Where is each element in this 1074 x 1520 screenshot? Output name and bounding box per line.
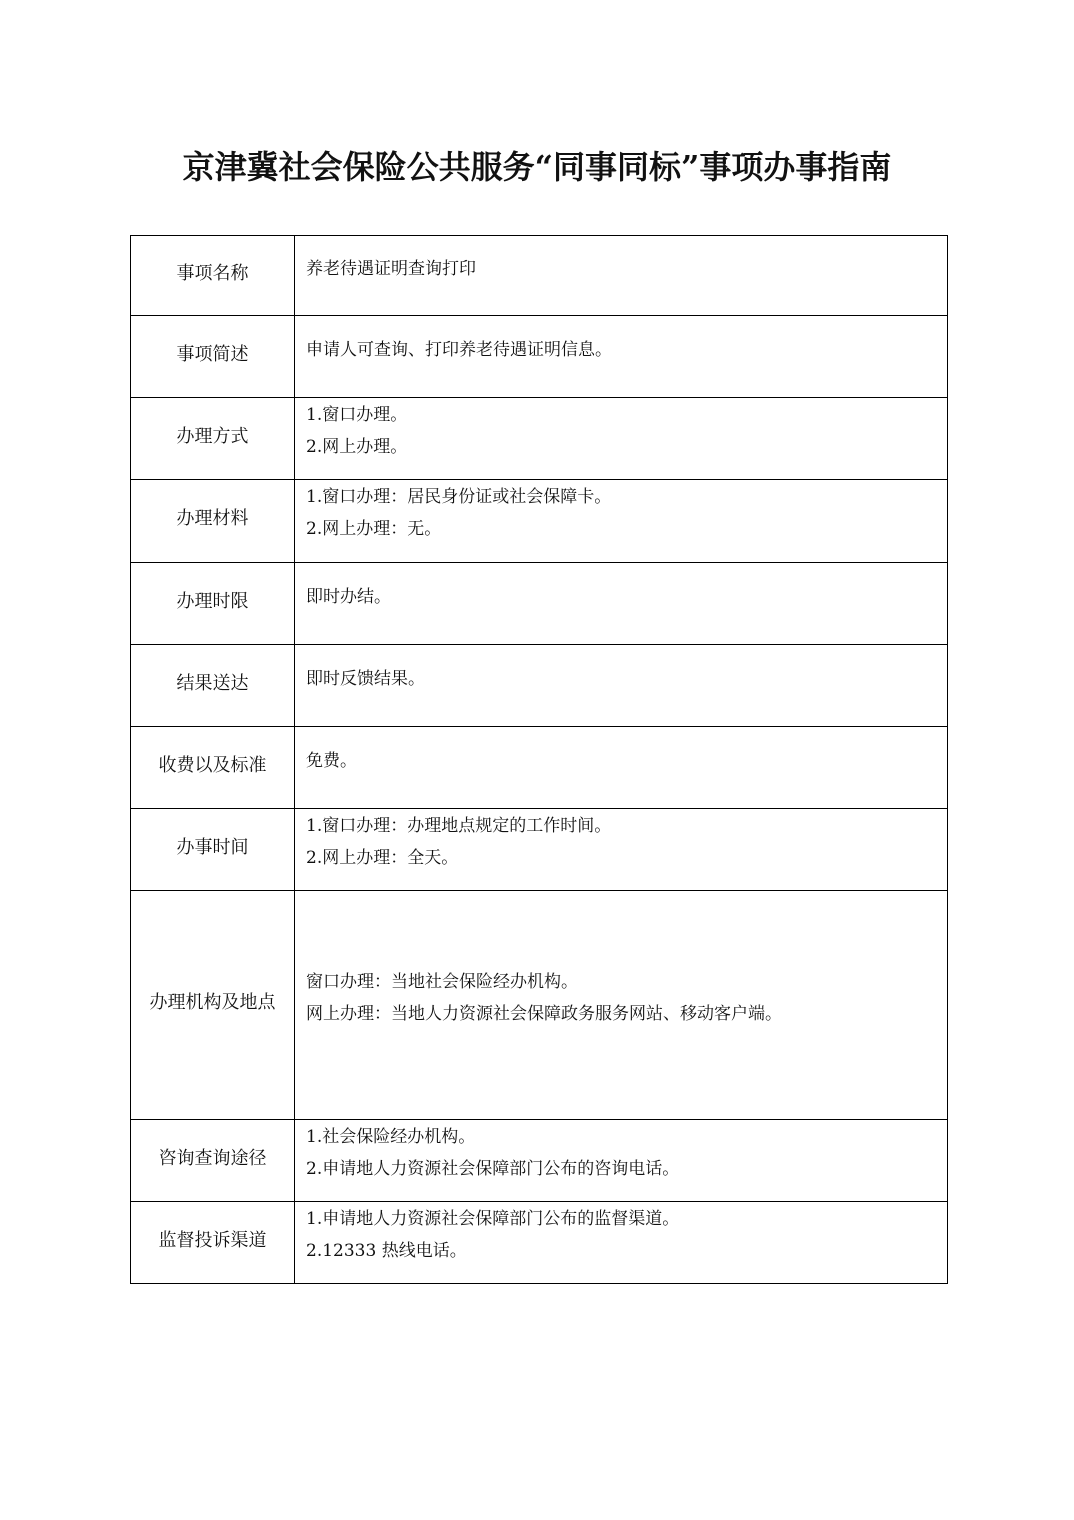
row-label: 收费以及标准	[131, 727, 295, 809]
row-value: 1.申请地人力资源社会保障部门公布的监督渠道。 2.12333 热线电话。	[295, 1202, 948, 1284]
row-label-text: 办事时间	[131, 833, 294, 859]
table-row: 办理时限 即时办结。	[131, 563, 948, 645]
value-line: 1.窗口办理：居民身份证或社会保障卡。	[306, 481, 947, 513]
row-label-text: 监督投诉渠道	[131, 1226, 294, 1252]
row-value: 即时办结。	[295, 563, 948, 645]
value-line: 2.申请地人力资源社会保障部门公布的咨询电话。	[306, 1153, 947, 1185]
row-value: 养老待遇证明查询打印	[295, 236, 948, 316]
row-label: 办理时限	[131, 563, 295, 645]
value-line: 1.申请地人力资源社会保障部门公布的监督渠道。	[306, 1203, 947, 1235]
table-row: 咨询查询途径 1.社会保险经办机构。 2.申请地人力资源社会保障部门公布的咨询电…	[131, 1120, 948, 1202]
value-line: 养老待遇证明查询打印	[306, 253, 947, 285]
value-line: 1.社会保险经办机构。	[306, 1121, 947, 1153]
table-row: 事项名称 养老待遇证明查询打印	[131, 236, 948, 316]
table-row: 办事时间 1.窗口办理：办理地点规定的工作时间。 2.网上办理：全天。	[131, 809, 948, 891]
value-line: 2.网上办理：全天。	[306, 842, 947, 874]
table-row: 办理材料 1.窗口办理：居民身份证或社会保障卡。 2.网上办理：无。	[131, 480, 948, 563]
row-label-text: 办理方式	[131, 422, 294, 448]
value-line: 2.12333 热线电话。	[306, 1235, 947, 1267]
table-row: 事项简述 申请人可查询、打印养老待遇证明信息。	[131, 316, 948, 398]
table-row: 收费以及标准 免费。	[131, 727, 948, 809]
row-label: 事项名称	[131, 236, 295, 316]
row-label-text: 办理时限	[131, 587, 294, 613]
row-label-text: 事项简述	[131, 340, 294, 366]
document-title: 京津冀社会保险公共服务“同事同标”事项办事指南	[0, 142, 1074, 188]
row-value: 免费。	[295, 727, 948, 809]
value-line: 窗口办理：当地社会保险经办机构。	[306, 966, 947, 998]
value-line: 即时办结。	[306, 581, 947, 613]
row-value: 申请人可查询、打印养老待遇证明信息。	[295, 316, 948, 398]
guide-table: 事项名称 养老待遇证明查询打印 事项简述 申请人可查询、打印养老待遇证明信息。 …	[130, 235, 948, 1284]
row-label-text: 收费以及标准	[131, 751, 294, 777]
table-row: 结果送达 即时反馈结果。	[131, 645, 948, 727]
value-line: 网上办理：当地人力资源社会保障政务服务网站、移动客户端。	[306, 998, 947, 1030]
table-row: 办理机构及地点 窗口办理：当地社会保险经办机构。 网上办理：当地人力资源社会保障…	[131, 891, 948, 1120]
row-label-text: 结果送达	[131, 669, 294, 695]
row-label: 咨询查询途径	[131, 1120, 295, 1202]
row-label-text: 办理材料	[131, 504, 294, 530]
value-line: 免费。	[306, 745, 947, 777]
table-row: 监督投诉渠道 1.申请地人力资源社会保障部门公布的监督渠道。 2.12333 热…	[131, 1202, 948, 1284]
value-line: 2.网上办理：无。	[306, 513, 947, 545]
row-label-text: 事项名称	[131, 259, 294, 285]
row-value: 即时反馈结果。	[295, 645, 948, 727]
row-label-text: 咨询查询途径	[131, 1144, 294, 1170]
value-line: 即时反馈结果。	[306, 663, 947, 695]
row-value: 窗口办理：当地社会保险经办机构。 网上办理：当地人力资源社会保障政务服务网站、移…	[295, 891, 948, 1120]
row-label: 办理方式	[131, 398, 295, 480]
value-line: 2.网上办理。	[306, 431, 947, 463]
table-row: 办理方式 1.窗口办理。 2.网上办理。	[131, 398, 948, 480]
row-value: 1.窗口办理：居民身份证或社会保障卡。 2.网上办理：无。	[295, 480, 948, 563]
value-line: 申请人可查询、打印养老待遇证明信息。	[306, 334, 947, 366]
row-label: 办理材料	[131, 480, 295, 563]
row-label: 办理机构及地点	[131, 891, 295, 1120]
row-value: 1.窗口办理：办理地点规定的工作时间。 2.网上办理：全天。	[295, 809, 948, 891]
row-label: 事项简述	[131, 316, 295, 398]
row-label: 结果送达	[131, 645, 295, 727]
row-value: 1.窗口办理。 2.网上办理。	[295, 398, 948, 480]
row-value: 1.社会保险经办机构。 2.申请地人力资源社会保障部门公布的咨询电话。	[295, 1120, 948, 1202]
value-line: 1.窗口办理。	[306, 399, 947, 431]
row-label-text: 办理机构及地点	[131, 988, 294, 1014]
row-label: 监督投诉渠道	[131, 1202, 295, 1284]
row-label: 办事时间	[131, 809, 295, 891]
value-line: 1.窗口办理：办理地点规定的工作时间。	[306, 810, 947, 842]
